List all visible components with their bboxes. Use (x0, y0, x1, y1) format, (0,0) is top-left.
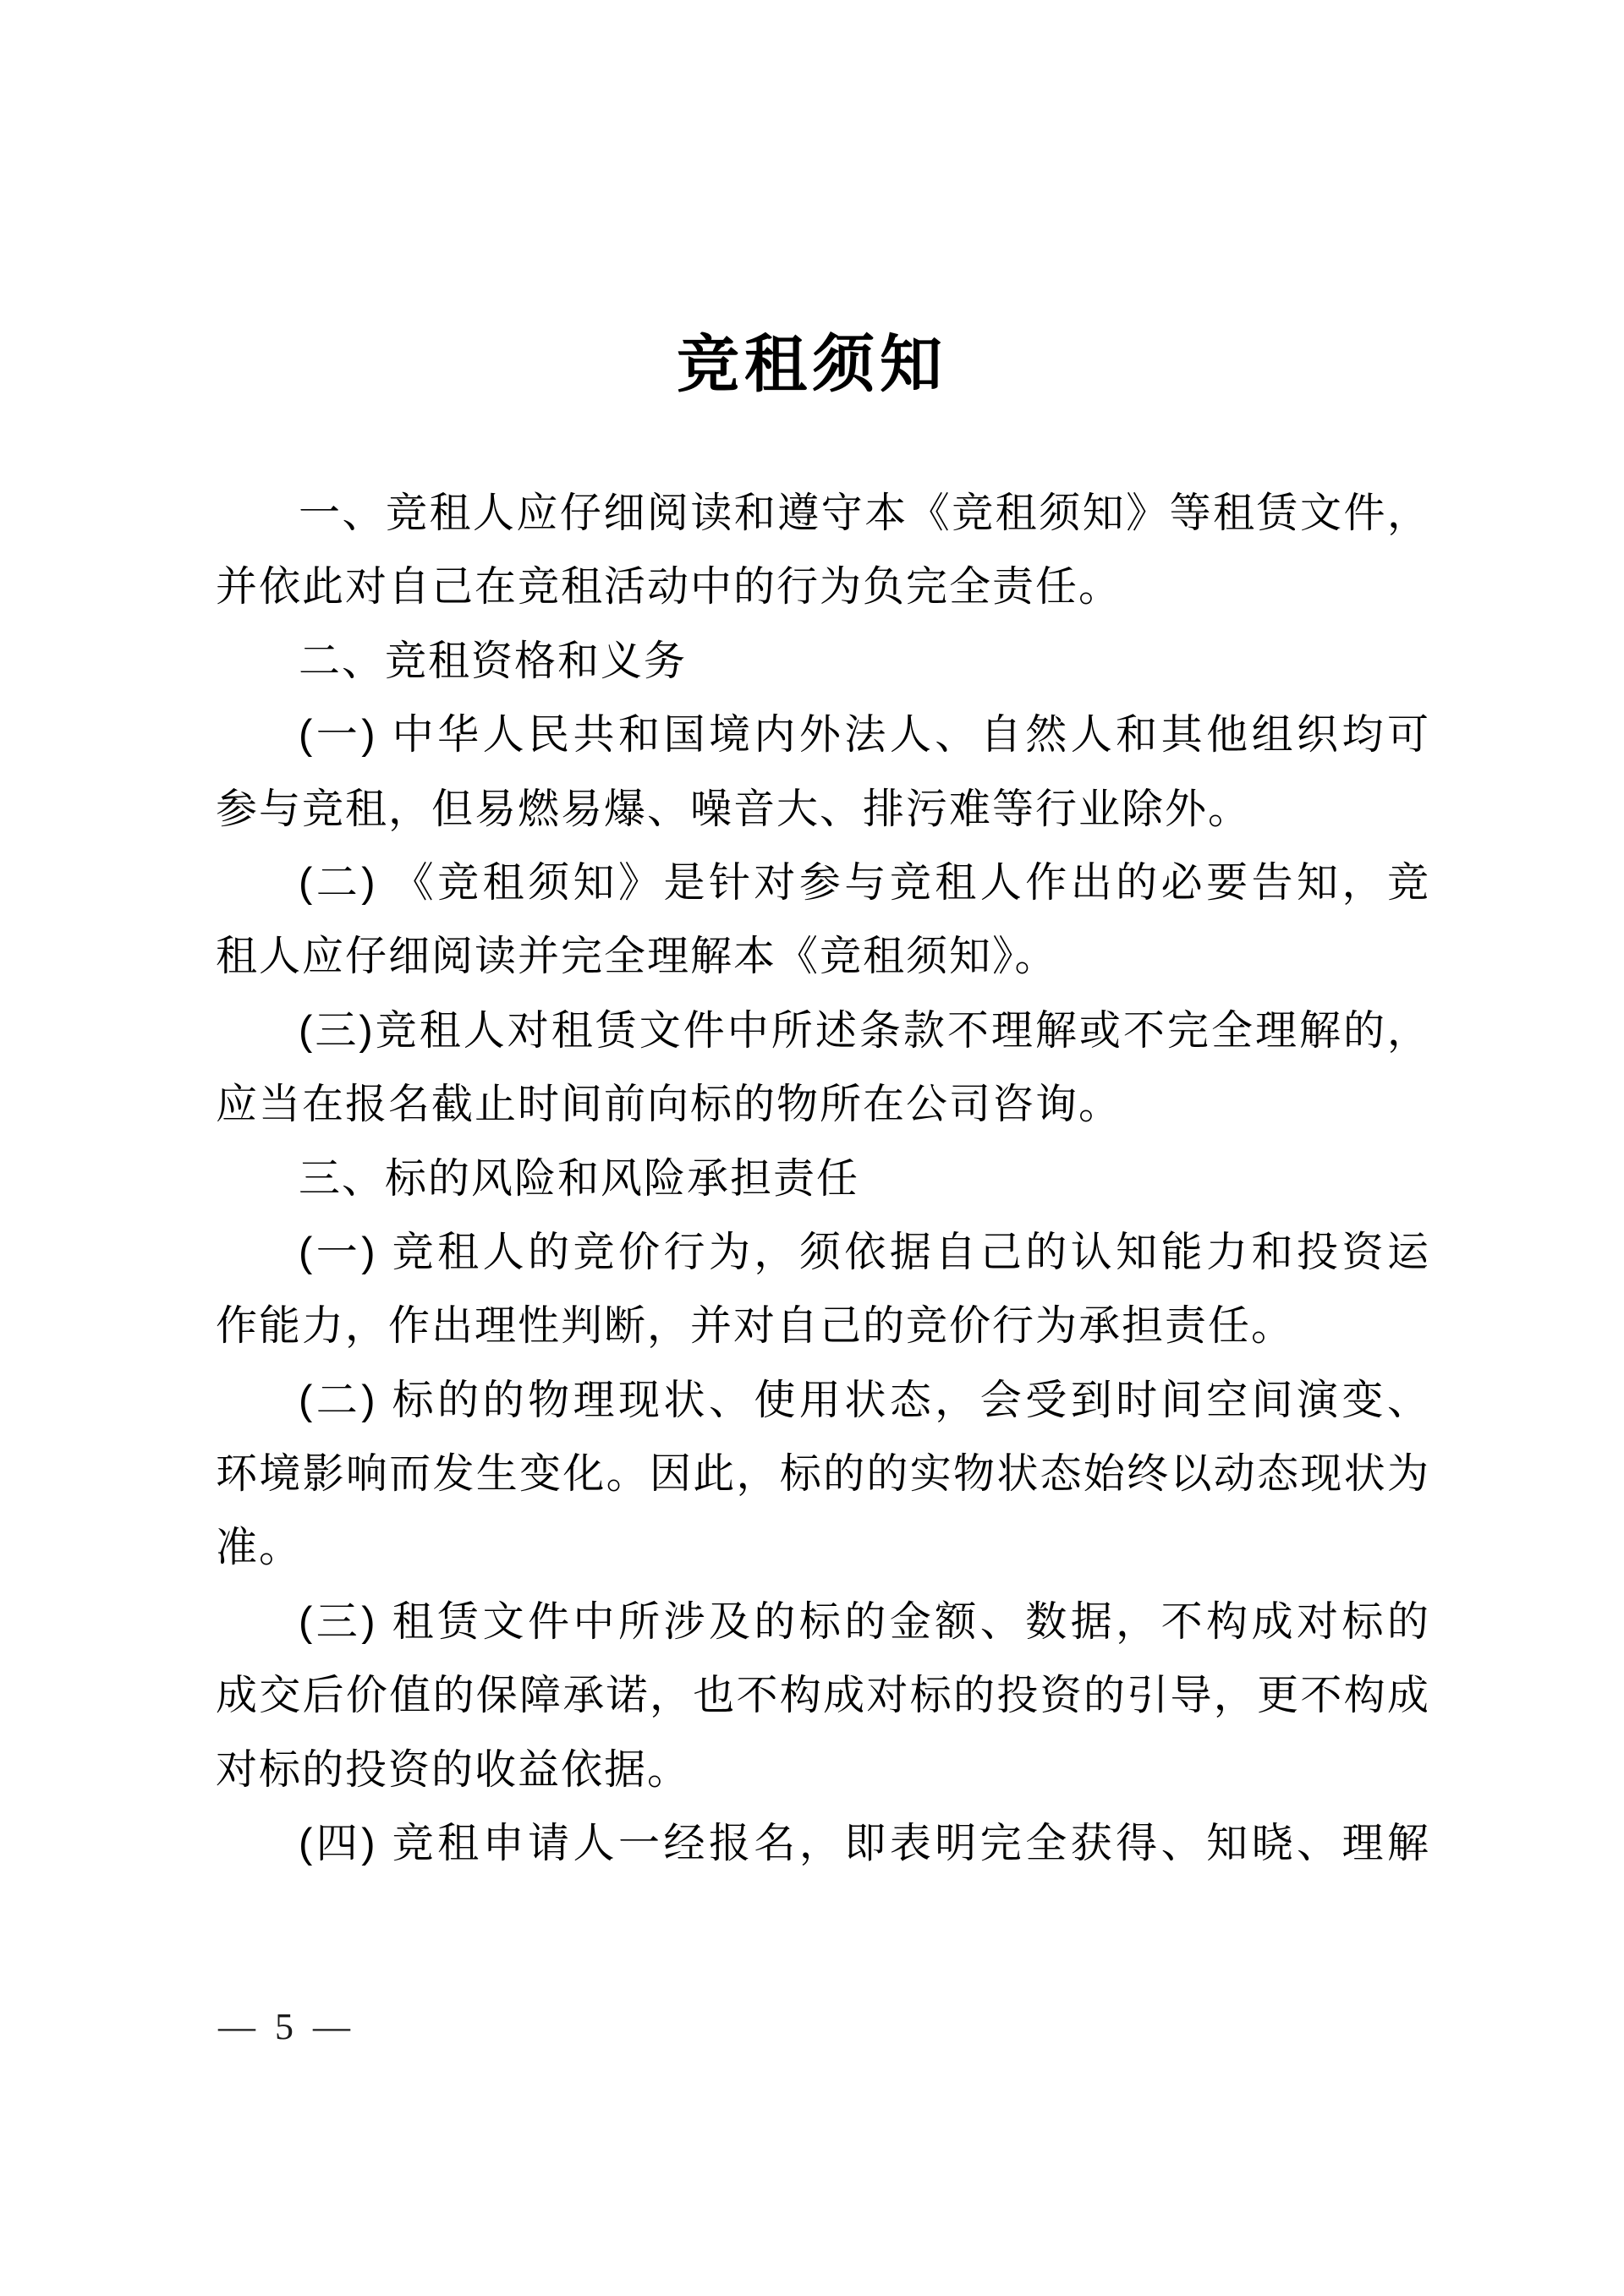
text-line: (三) 租赁文件中所涉及的标的金额、数据，不构成对标的 (216, 1586, 1430, 1659)
text-line: 对标的投资的收益依据。 (216, 1734, 1430, 1807)
document-page: 竞租须知 一、竞租人应仔细阅读和遵守本《竞租须知》等租赁文件， 并依此对自己在竞… (0, 0, 1624, 2296)
text-line: (三)竞租人对租赁文件中所述条款不理解或不完全理解的， (216, 995, 1430, 1068)
text-line: (二) 《竞租须知》是针对参与竞租人作出的必要告知，竞 (216, 847, 1430, 920)
text-line: (四) 竞租申请人一经报名，即表明完全获得、知晓、理解 (216, 1807, 1430, 1881)
document-body: 一、竞租人应仔细阅读和遵守本《竞租须知》等租赁文件， 并依此对自己在竞租活动中的… (216, 477, 1430, 1881)
text-line: (二) 标的的物理现状、使用状态，会受到时间空间演变、 (216, 1364, 1430, 1438)
text-line: 参与竞租，但易燃易爆、噪音大、排污难等行业除外。 (216, 773, 1430, 847)
page-number: — 5 — (218, 2001, 350, 2053)
text-line: 三、标的风险和风险承担责任 (216, 1143, 1430, 1216)
text-line: 并依此对自己在竞租活动中的行为负完全责任。 (216, 551, 1430, 624)
text-line: (一) 中华人民共和国境内外法人、自然人和其他组织均可 (216, 699, 1430, 772)
text-line: 成交后价值的保障承诺，也不构成对标的投资的引导，更不构成 (216, 1659, 1430, 1733)
text-line: 租人应仔细阅读并完全理解本《竞租须知》。 (216, 920, 1430, 994)
text-line: 环境影响而发生变化。因此，标的的实物状态始终以动态现状为 (216, 1438, 1430, 1511)
text-line: 应当在报名截止时间前向标的物所在公司咨询。 (216, 1068, 1430, 1142)
text-line: 准。 (216, 1511, 1430, 1585)
page-title: 竞租须知 (0, 328, 1624, 403)
text-line: 二、竞租资格和义务 (216, 625, 1430, 699)
text-line: 作能力，作出理性判断，并对自己的竞价行为承担责任。 (216, 1290, 1430, 1363)
text-line: 一、竞租人应仔细阅读和遵守本《竞租须知》等租赁文件， (216, 477, 1430, 551)
text-line: (一) 竞租人的竞价行为，须依据自己的认知能力和投资运 (216, 1216, 1430, 1290)
